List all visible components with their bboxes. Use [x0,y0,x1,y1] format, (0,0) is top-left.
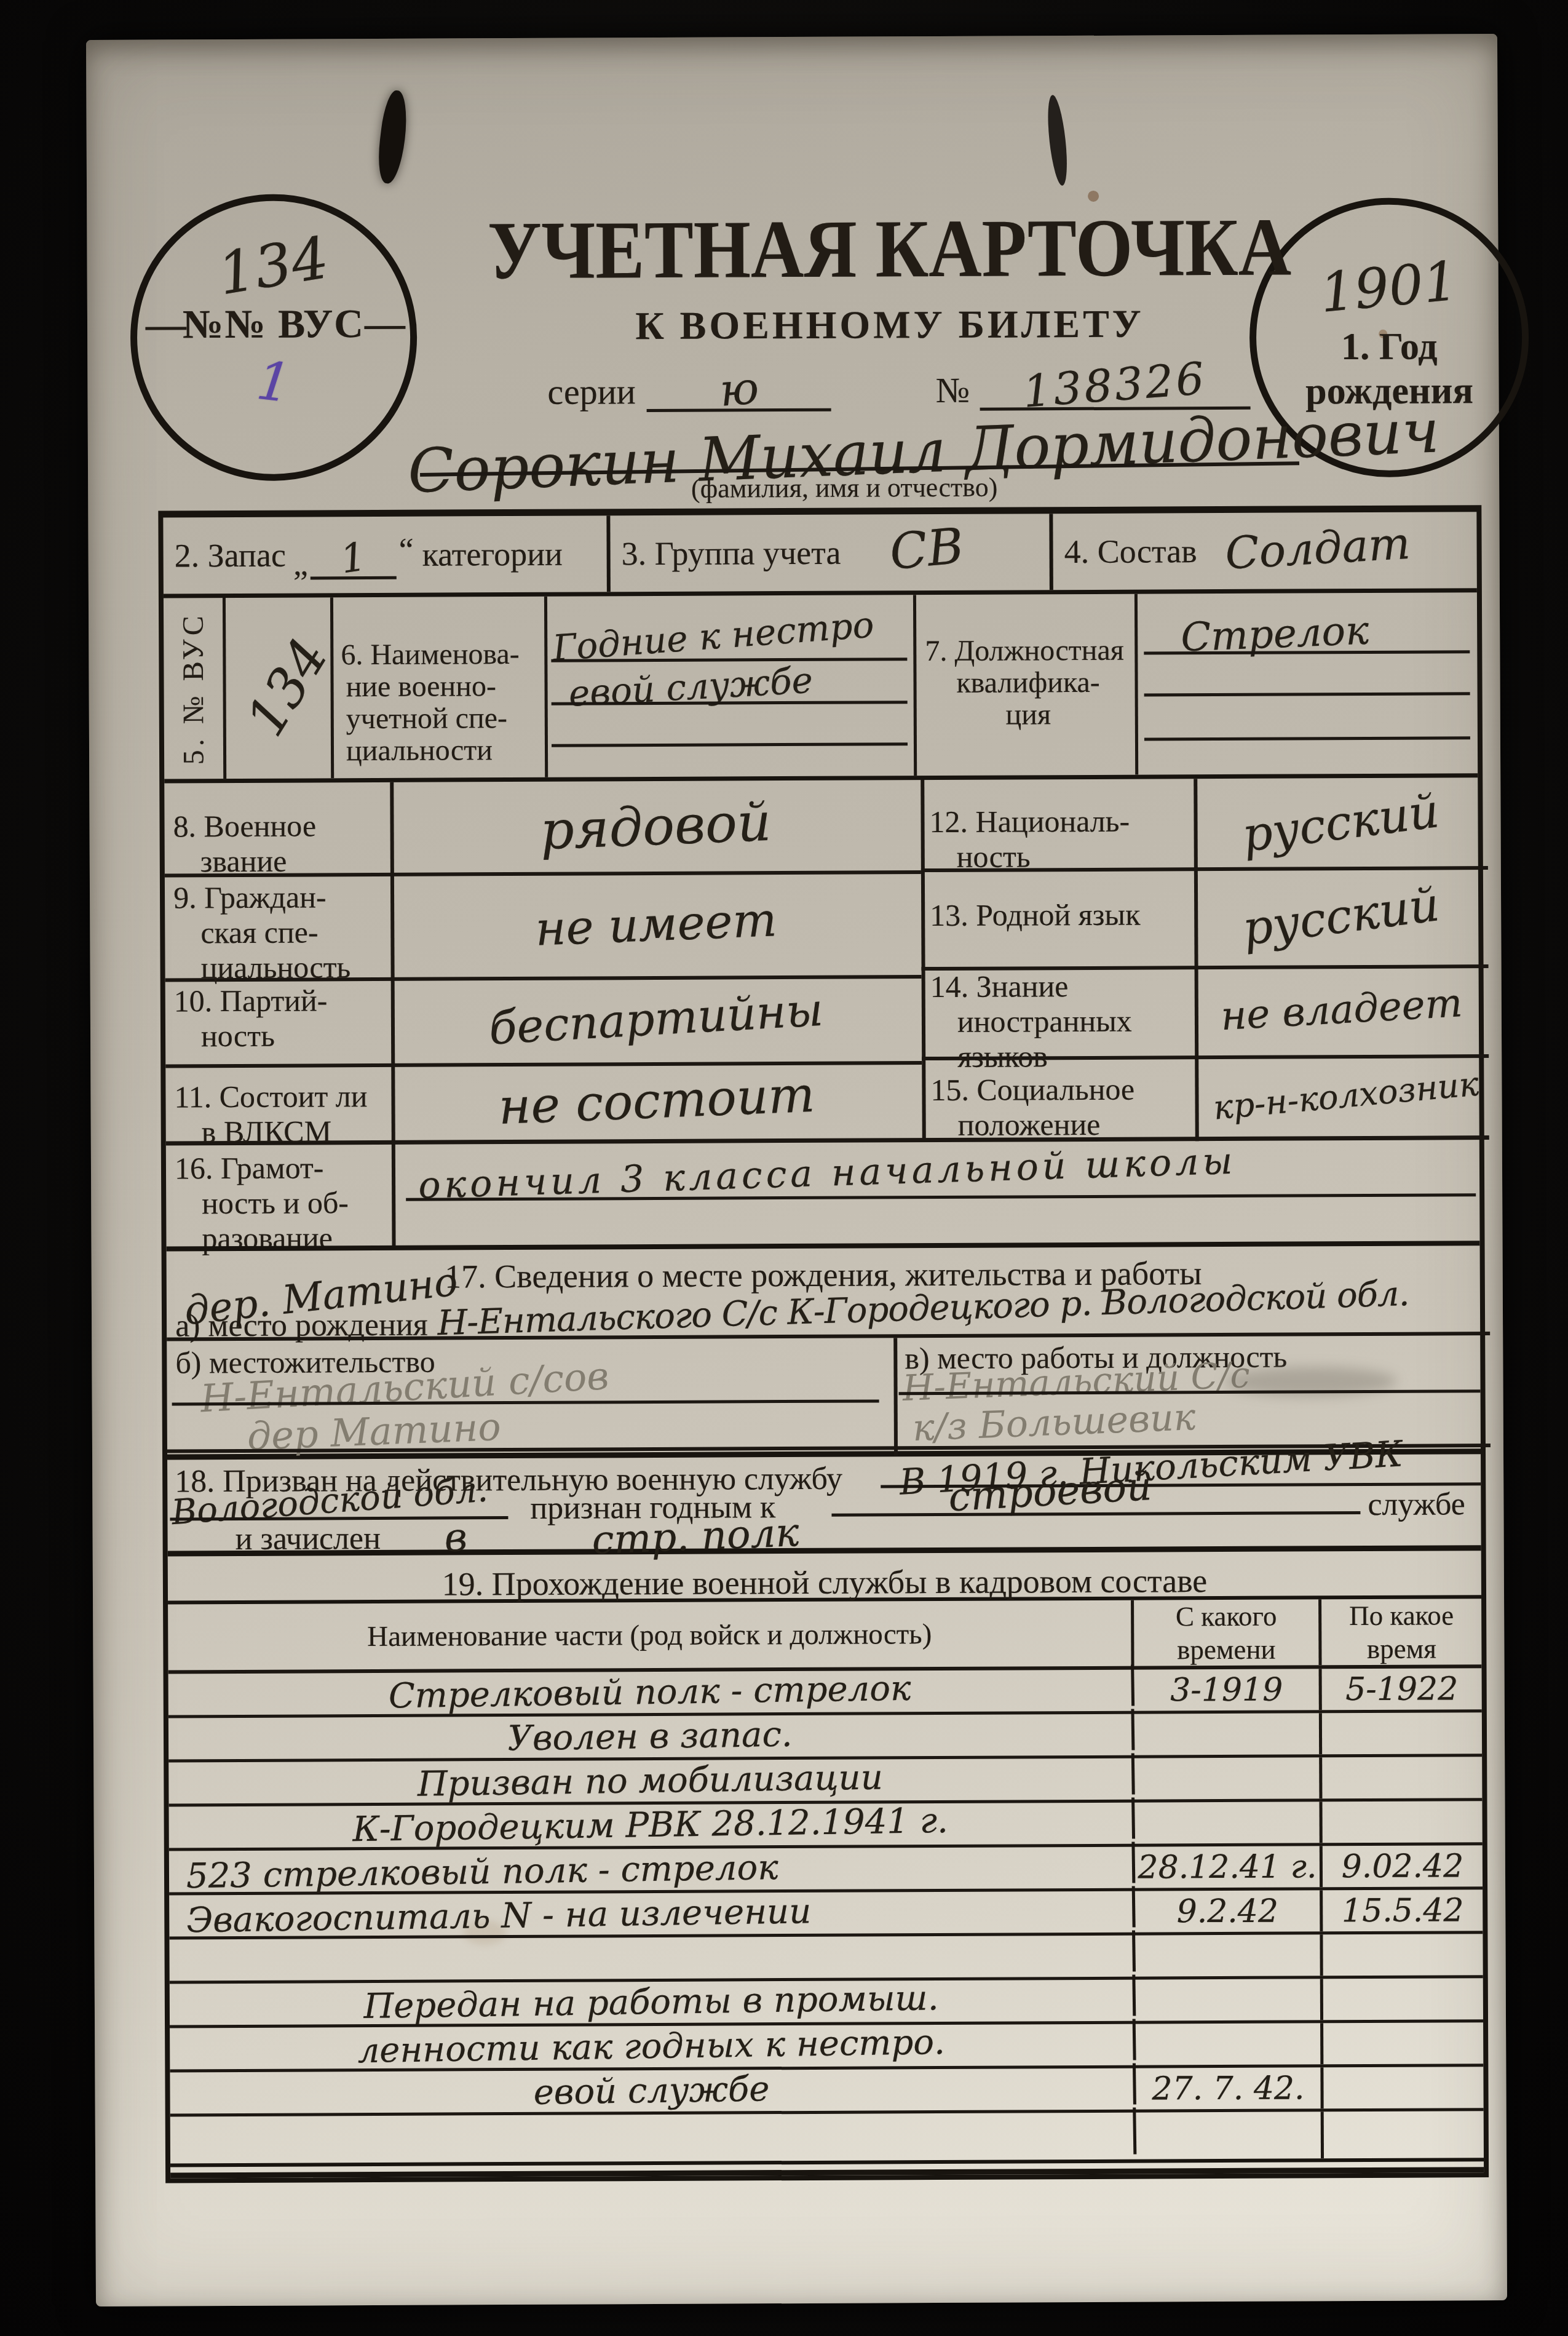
from-cell [1134,1757,1322,1799]
zapas-category-field: 1 [311,530,397,579]
field-14-value: не владеет [1195,964,1489,1055]
from-cell [1134,1713,1322,1755]
service-suffix-label: службе [1368,1486,1465,1523]
from-column-header: С какоговремени [1134,1599,1321,1666]
from-cell: 9.2.42 [1135,1890,1323,1932]
to-cell [1323,2022,1483,2064]
field-11-value: не состоит [391,1061,922,1140]
from-cell [1136,2023,1323,2065]
table-row: ленности как годных к нестро. [170,2022,1483,2072]
paper-stain [1088,191,1099,202]
table-row: Эвакогоспиталь N - на излечении9.2.4215.… [169,1889,1483,1939]
field-13-value: русский [1194,866,1489,966]
document-subtitle: К ВОЕННОМУ БИЛЕТУ [481,300,1299,349]
form-frame: 2. Запас „ 1 “ категории 3. Группа учета… [158,505,1489,2183]
field-12-value: русский [1194,777,1488,867]
category-mark: 1 [135,336,413,429]
to-cell [1323,1978,1483,2020]
service-table-header: Наименование части (род войск и должност… [168,1599,1481,1674]
field-vus-number-label: 5. № ВУС [164,598,226,779]
number-field: 138326 [980,355,1250,411]
table-row: Призван по мобилизации [168,1757,1482,1806]
series-field: ю [647,357,831,412]
from-cell [1134,1802,1322,1843]
field-qualification-value: Стрелок [1138,592,1478,774]
field-15-value: кр-н-колхозник [1192,1054,1500,1137]
unit-column-header: Наименование части (род войск и должност… [168,1600,1134,1671]
to-cell: 5-1922 [1322,1668,1482,1710]
field-10-value: беспартийны [391,975,922,1063]
field-qualification-label: 7. Должностнаяквалифика-ция [916,594,1138,776]
tear-mark [1045,94,1071,186]
series-label: серии [547,371,636,413]
field-8-label: 8. Военноезвание [164,808,390,880]
to-column-header: По какоевремя [1321,1599,1481,1665]
from-cell [1136,2112,1324,2159]
to-cell [1322,1757,1482,1798]
series-value: ю [718,362,760,416]
to-cell: 15.5.42 [1323,1889,1483,1931]
vus-stamp-circle: 134 —№№ ВУС— 1 [130,194,418,482]
field-9-value: не имеет [390,870,922,977]
number-label: № [936,370,970,411]
tear-mark [375,89,411,185]
field-13-label: 13. Родной язык [921,897,1194,933]
to-cell [1323,1934,1483,1976]
table-row: К-Городецким РВК 28.12.1941 г. [169,1801,1483,1851]
to-cell: 9.02.42 [1323,1845,1483,1887]
section-17: 17. Сведения о месте рождения, жительств… [167,1241,1481,1460]
section-8-16: 8. Военноезвание рядовой 9. Граждан-ская… [164,773,1479,1246]
field-vus-number-value: 134 [226,597,334,779]
from-cell: 28.12.41 г. [1135,1846,1323,1888]
section-19: 19. Прохождение военной службы в кадрово… [168,1551,1481,1604]
table-row: Уволен в запас. [168,1712,1482,1762]
field-zapas: 2. Запас „ 1 “ категории [163,515,611,594]
from-cell: 27. 7. 42. [1136,2067,1323,2109]
to-cell [1323,2067,1483,2108]
field-15-label: 15. Социальноеположение [922,1071,1195,1143]
section-19-header: 19. Прохождение военной службы в кадрово… [168,1560,1481,1604]
field-9-label: 9. Граждан-ская спе-циальность [165,880,391,986]
document-paper: 134 —№№ ВУС— 1 1901 1. Год рождения УЧЕТ… [86,34,1507,2306]
table-row [170,2111,1484,2163]
field-16-label: 16. Грамот-ность и об-разование [166,1150,392,1257]
field-12-label: 12. Националь-ность [921,803,1194,875]
to-cell [1322,1801,1482,1843]
name-caption: (фамилия, имя и отчество) [432,471,1256,506]
from-cell [1136,1979,1323,2020]
to-cell [1322,1712,1482,1754]
table-row: Передан на работы в промыш. [170,1978,1483,2028]
from-cell: 3-1919 [1134,1669,1322,1710]
field-specialty-label: 6. Наименова-ние военно-учетной спе-циал… [333,597,548,779]
field-14-label: 14. Знаниеиностранныхязыков [922,968,1195,1075]
field-specialty-value: Годние к нестро евой службе [547,595,917,777]
enrolled-prefix-value: в [443,1514,469,1561]
section-5-6-7: 5. № ВУС 134 6. Наименова-ние военно-уче… [164,588,1478,779]
service-table-body: Стрелковый полк - стрелок3-19195-1922Уво… [168,1668,1484,2163]
table-row: Стрелковый полк - стрелок3-19195-1922 [168,1668,1482,1718]
field-11-label: 11. Состоит лив ВЛКСМ [165,1079,391,1150]
table-row: евой службе27. 7. 42. [170,2067,1483,2116]
to-cell [1324,2111,1484,2158]
table-row [169,1934,1483,1984]
scan-background: 134 —№№ ВУС— 1 1901 1. Год рождения УЧЕТ… [0,0,1568,2336]
document-title: УЧЕТНАЯ КАРТОЧКА [477,200,1302,298]
table-row: 523 стрелковый полк - стрелок28.12.41 г.… [169,1845,1483,1895]
field-uchet-group: 3. Группа учета СВ [610,514,1053,592]
field-sostav: 4. Состав Солдат [1053,512,1477,590]
section-18: 18. Призван на действительную военную сл… [167,1454,1481,1556]
field-8-value: рядовой [390,780,921,873]
section-2-3-4: 2. Запас „ 1 “ категории 3. Группа учета… [163,512,1477,594]
field-10-label: 10. Партий-ность [165,983,391,1054]
from-cell [1135,1934,1323,1976]
enrolled-label: и зачислен [235,1520,381,1557]
